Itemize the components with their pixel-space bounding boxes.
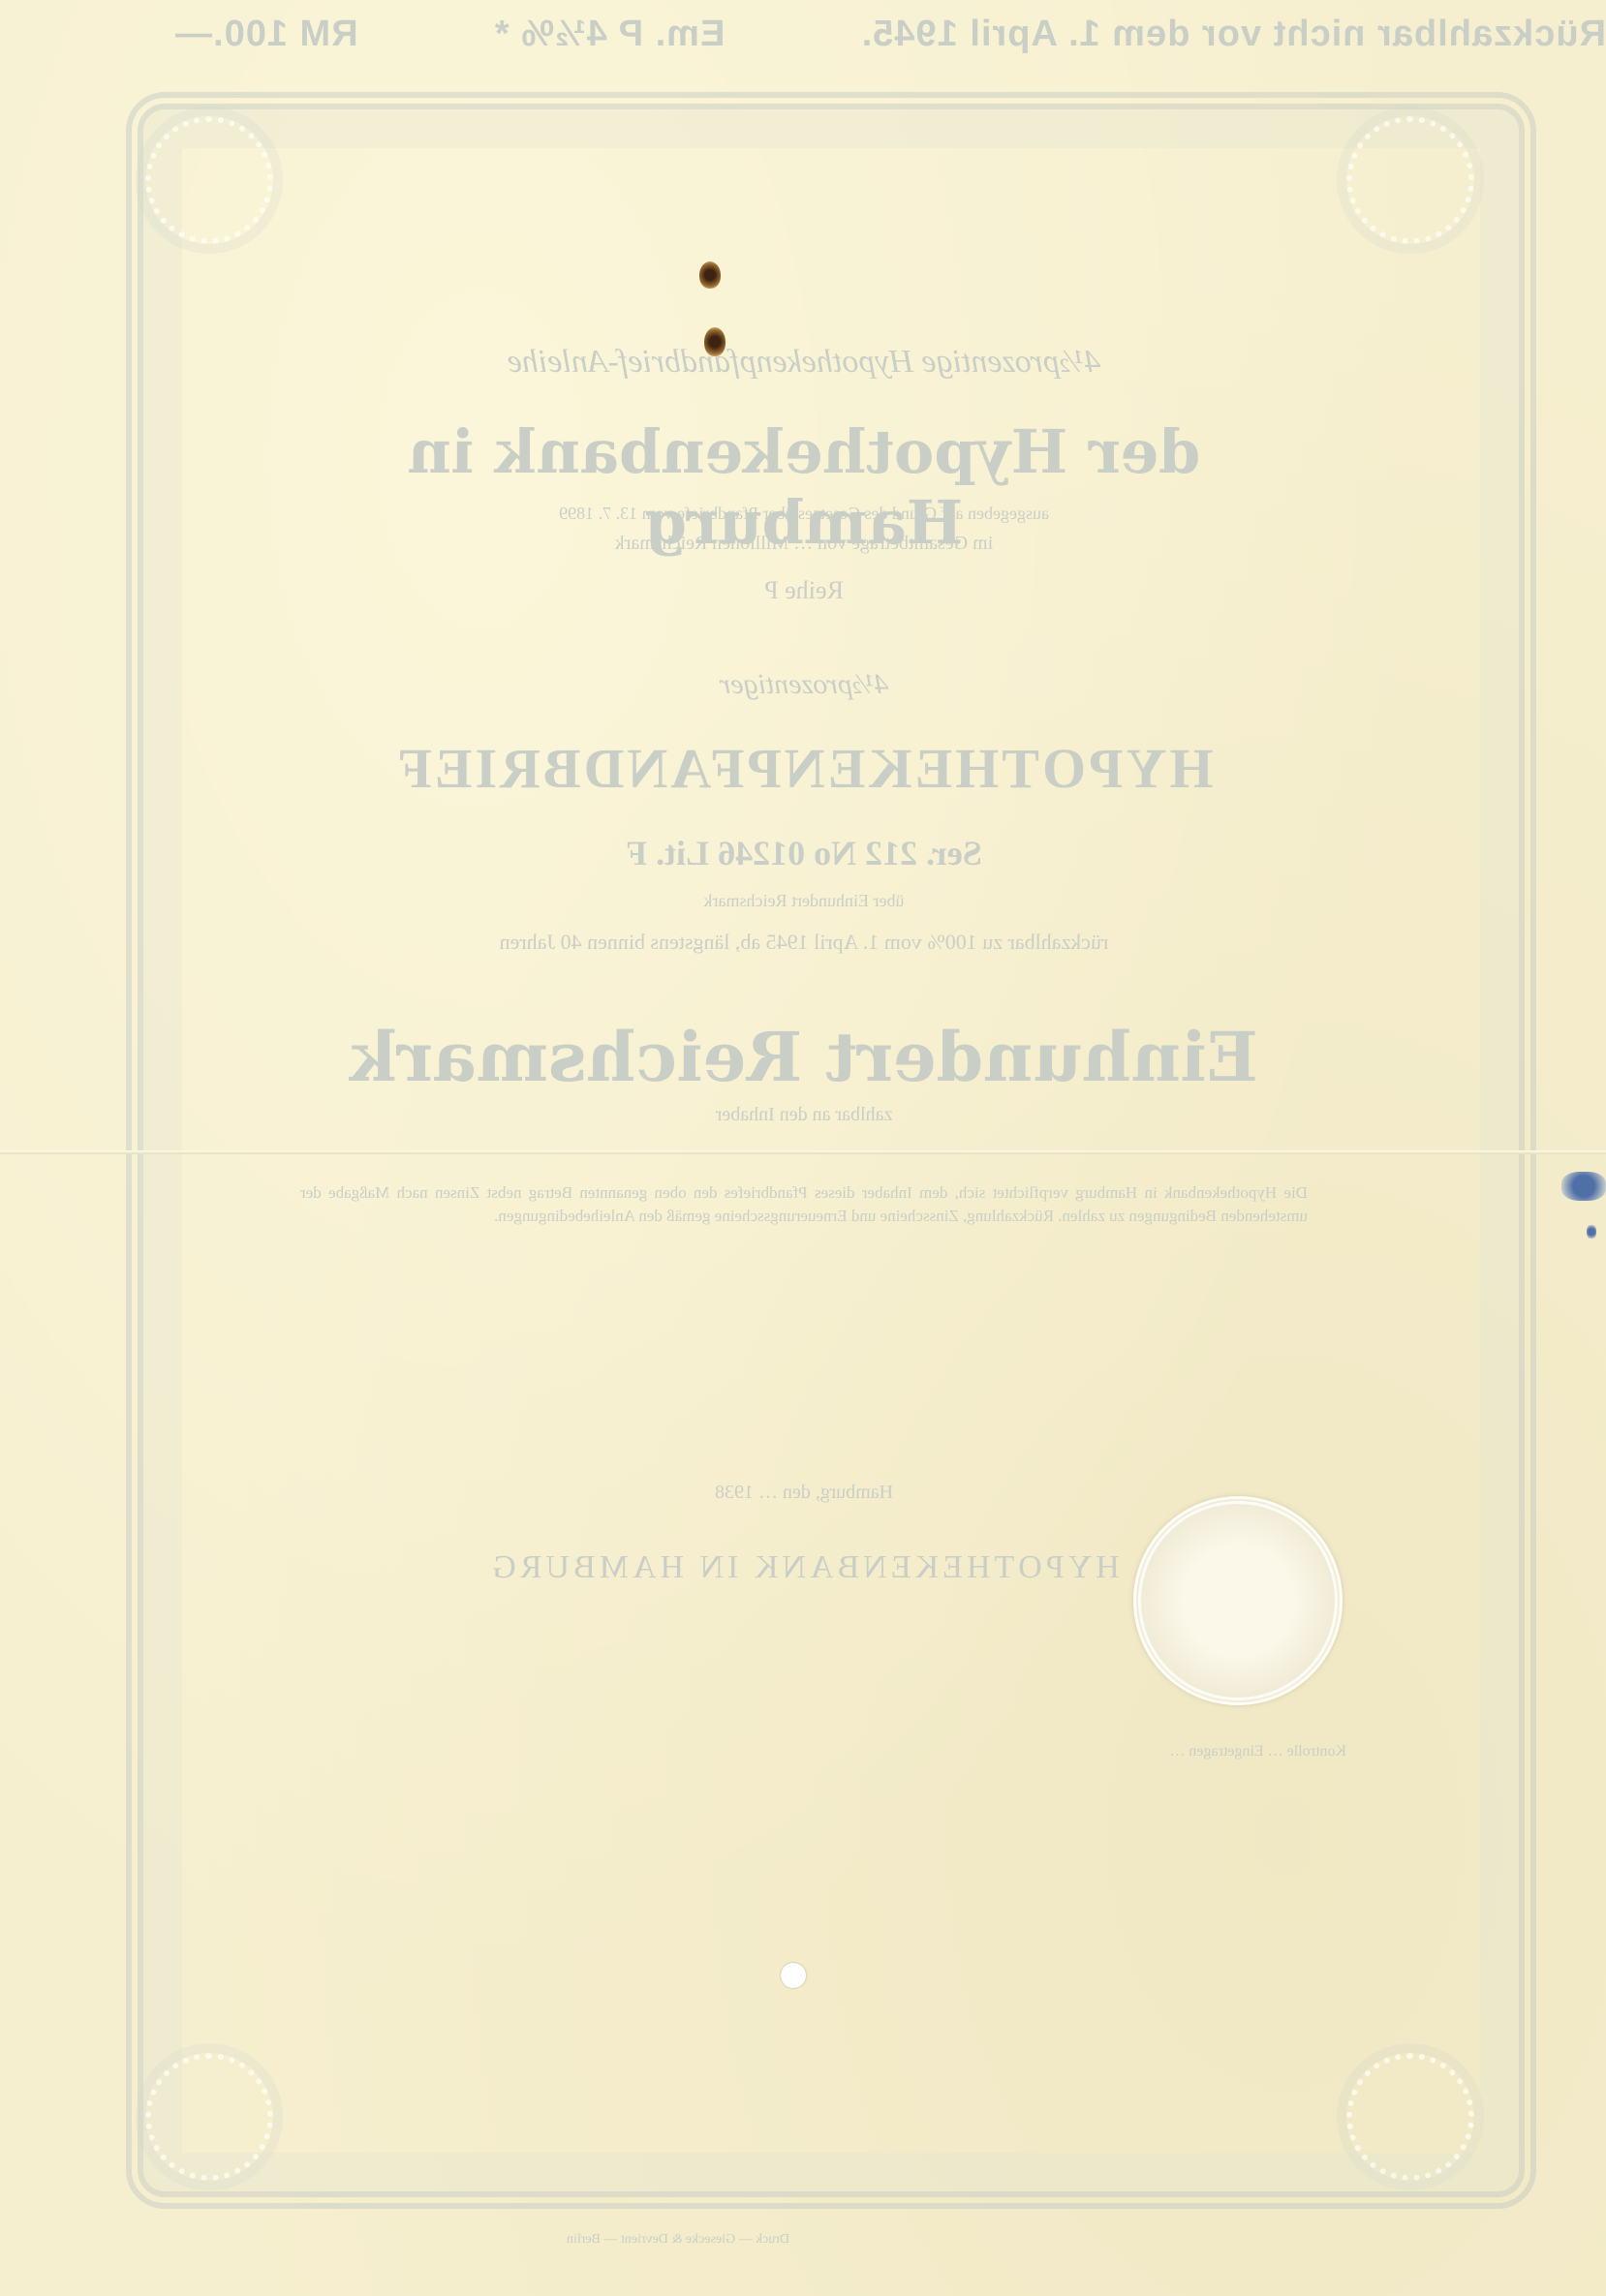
title-line: 4½prozentige Hypothekenpfandbrief-Anleih…: [242, 344, 1366, 381]
amount: Einhundert Reichsmark: [242, 1017, 1366, 1097]
coupon-line: 4½prozentiger: [242, 668, 1366, 701]
punch-hole-icon: [781, 1963, 806, 1988]
ink-smudge-icon: [1561, 1172, 1606, 1201]
series-label: Reihe P: [242, 576, 1366, 605]
rust-stain-icon: [704, 327, 726, 356]
header-left: RM 100.—: [174, 14, 358, 55]
header-right: Rückzahlbar nicht vor dem 1. April 1945.: [861, 14, 1606, 55]
sub-line: rückzahlbar zu 100% vom 1. April 1945 ab…: [242, 930, 1366, 955]
amount-sub: zahlbar an den Inhaber: [242, 1104, 1366, 1126]
header-line: Rückzahlbar nicht vor dem 1. April 1945.…: [174, 0, 1606, 68]
corner-rosette: [1346, 2053, 1474, 2181]
place-date: Hamburg, den … 1938: [242, 1482, 1366, 1504]
corner-rosette: [1346, 116, 1474, 244]
fold-crease: [0, 1150, 1606, 1154]
embossed-seal-icon: [1133, 1496, 1343, 1705]
header-center: Em. P 4½% *: [494, 14, 725, 55]
serial-line: Ser. 212 No 01246 Lit. F: [242, 833, 1366, 873]
rust-stain-icon: [699, 261, 721, 289]
control-line: Kontrolle … Eingetragen …: [242, 1743, 1366, 1760]
sub-line: über Einhundert Reichsmark: [242, 891, 1366, 911]
body-text: Die Hypothekenbank in Hamburg verpflicht…: [242, 1181, 1366, 1228]
corner-rosette: [145, 2053, 273, 2181]
title-line: ausgegeben auf Grund des Gesetzes über P…: [242, 504, 1366, 524]
main-title: HYPOTHEKENPFANDBRIEF: [242, 736, 1366, 801]
title-line: im Gesamtbetrage von … Millionen Reichsm…: [242, 533, 1366, 555]
ink-smudge-icon: [1587, 1225, 1596, 1239]
corner-rosette: [145, 116, 273, 244]
imprint: Druck — Giesecke & Devrient — Berlin: [387, 2232, 969, 2248]
